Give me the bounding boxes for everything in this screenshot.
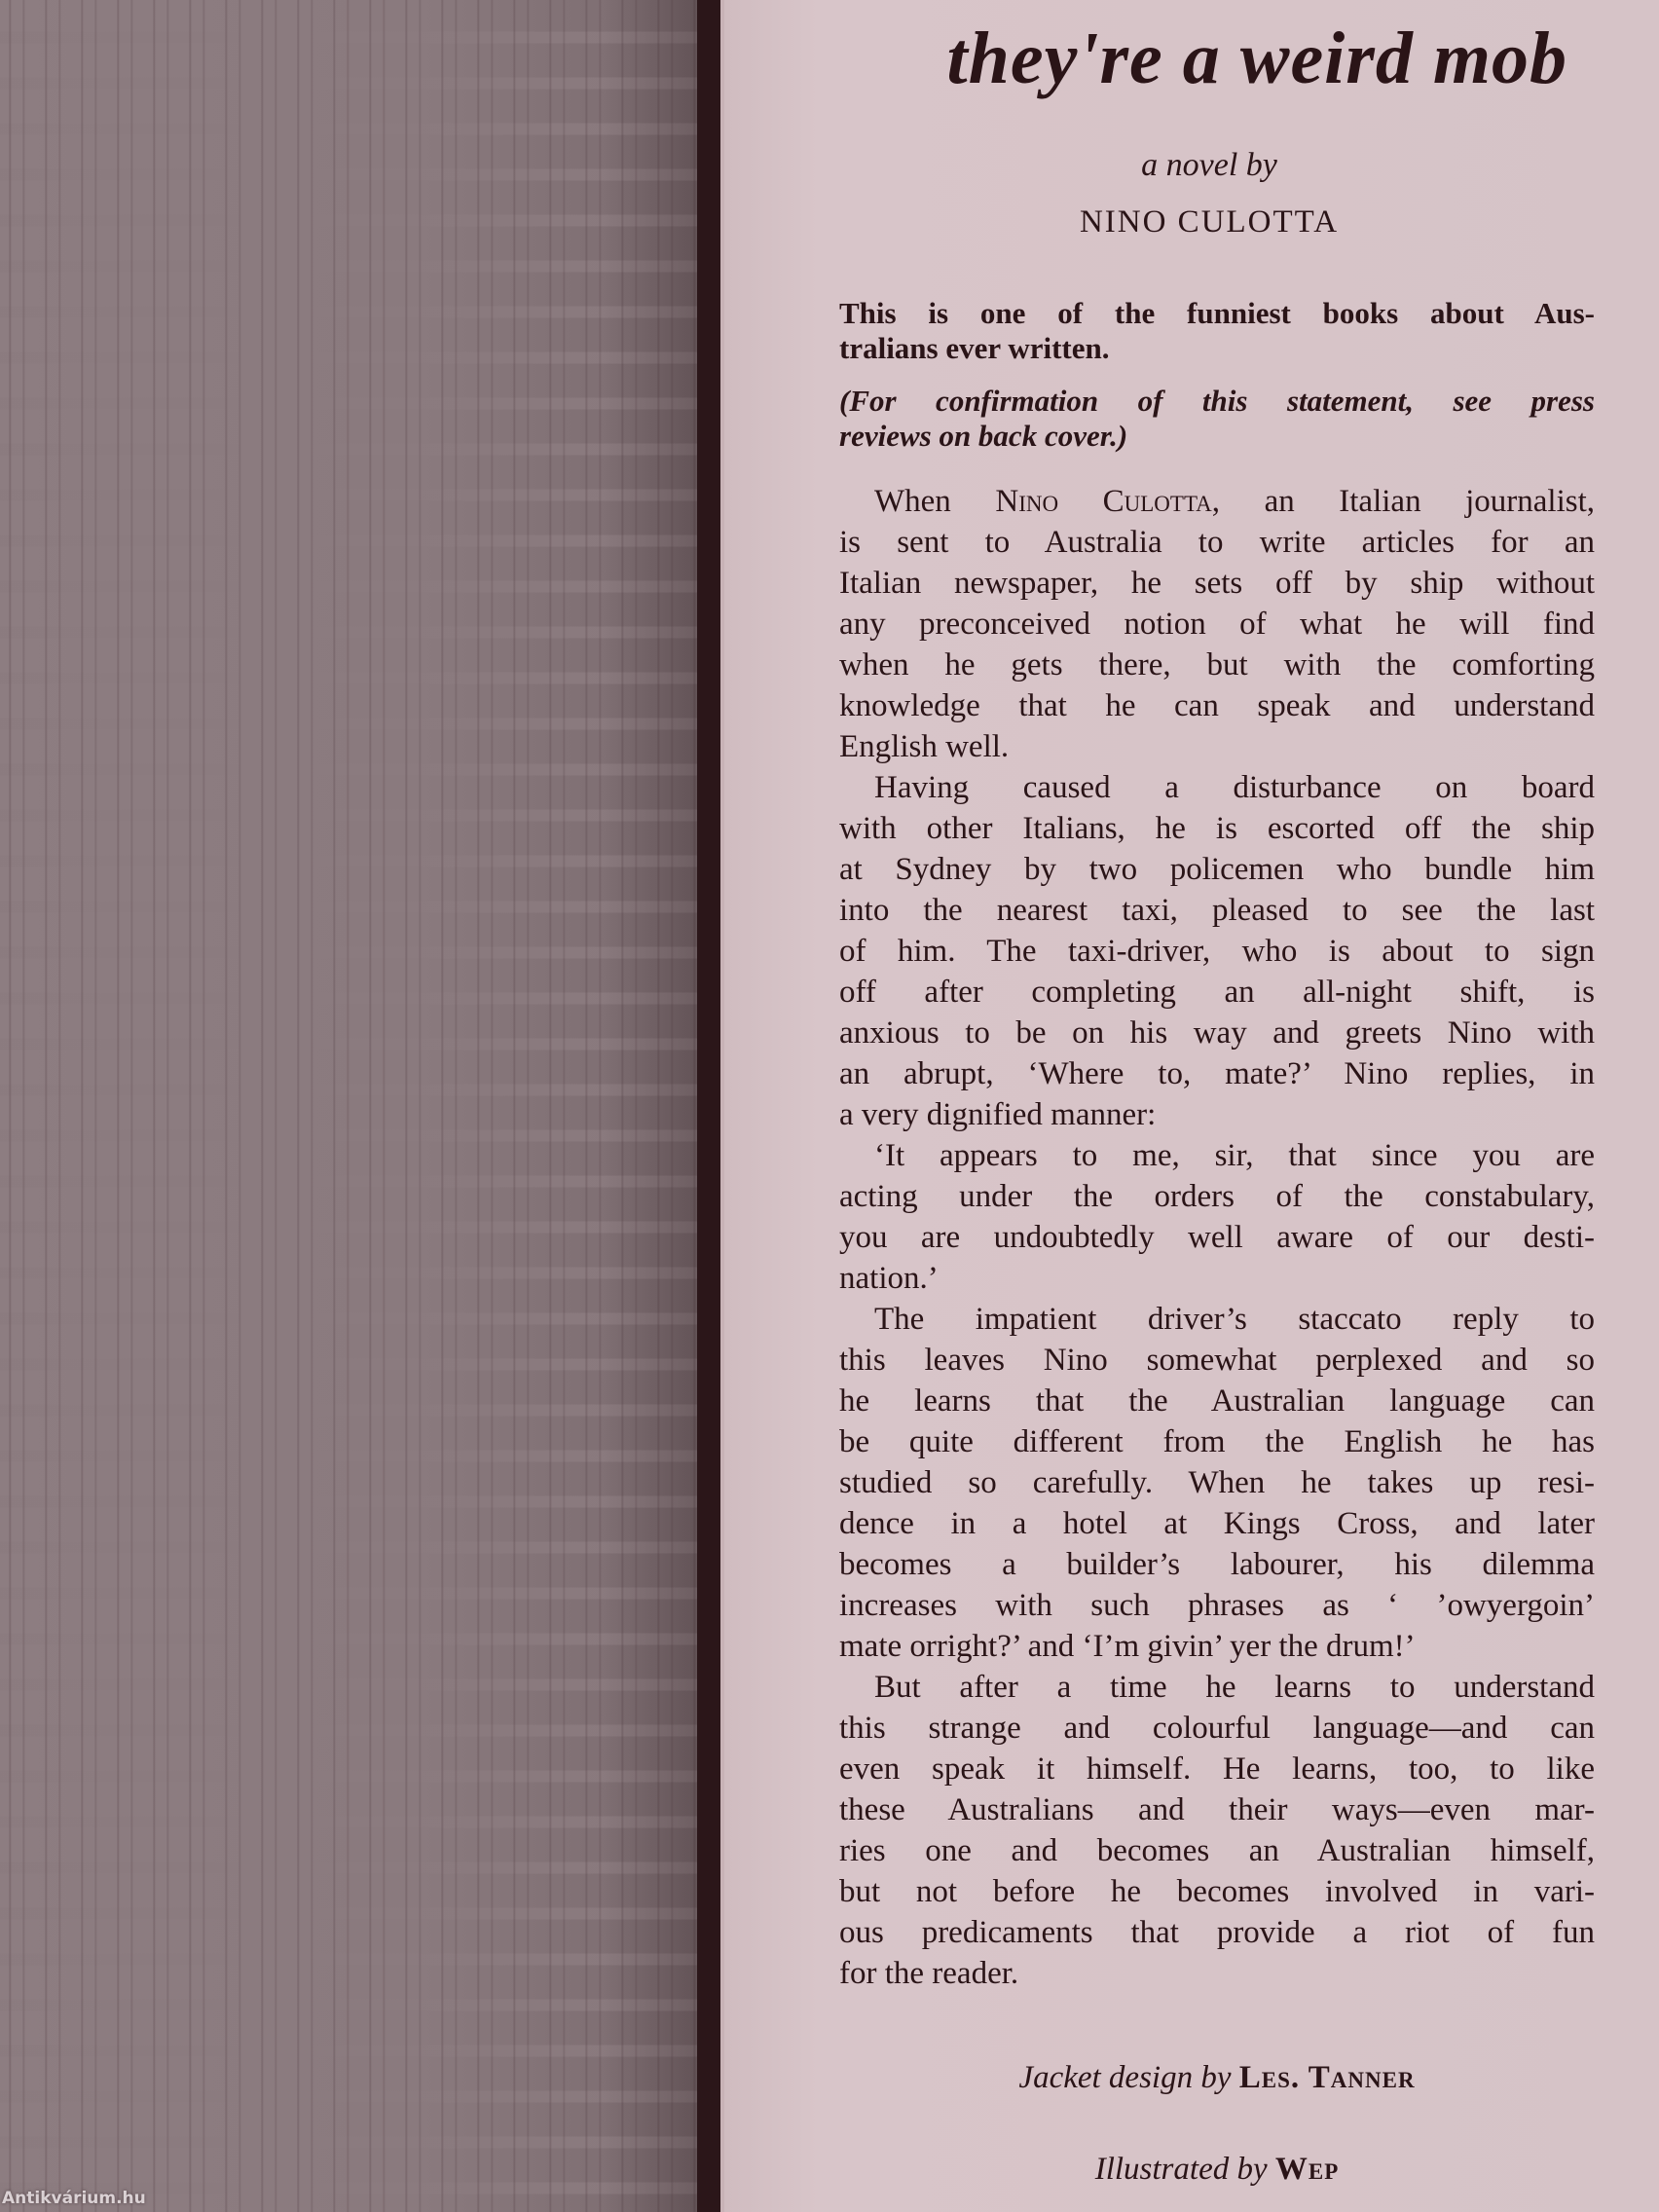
text-line: this leaves Nino somewhat perplexed and … (839, 1340, 1595, 1381)
text-line: ‘It appears to me, sir, that since you a… (839, 1135, 1595, 1176)
text-line: knowledge that he can speak and understa… (839, 685, 1595, 726)
paragraph-2: Having caused a disturbance on board wit… (839, 767, 1595, 1135)
text-line: even speak it himself. He learns, too, t… (839, 1749, 1595, 1789)
text-line: mate orright?’ and ‘I’m givin’ yer the d… (839, 1626, 1595, 1667)
text-line: off after completing an all-night shift,… (839, 972, 1595, 1013)
text-line: any preconceived notion of what he will … (839, 604, 1595, 645)
text-line: increases with such phrases as ‘ ’owyerg… (839, 1585, 1595, 1626)
text-line: Italian newspaper, he sets off by ship w… (839, 563, 1595, 604)
text-line: acting under the orders of the constabul… (839, 1176, 1595, 1217)
author-name-inline: Nino Culotta (995, 484, 1211, 519)
jacket-flap: they're a weird mob a novel by NINO CULO… (724, 0, 1659, 2212)
illustrator-credit: Illustrated by Wep (839, 2150, 1595, 2189)
paragraph-4: The impatient driver’s staccato reply to… (839, 1299, 1595, 1667)
byline: a novel by (839, 146, 1579, 185)
text-line: This is one of the funniest books about … (839, 296, 1595, 331)
text-line: ries one and becomes an Australian himse… (839, 1830, 1595, 1871)
text-line: tralians ever written. (839, 331, 1595, 366)
paragraph-1: When Nino Culotta, an Italian journalist… (839, 481, 1595, 767)
text-line: nation.’ (839, 1258, 1595, 1299)
book-title: they're a weird mob (724, 12, 1659, 105)
paragraph-3: ‘It appears to me, sir, that since you a… (839, 1135, 1595, 1299)
watermark: Antikvárium.hu (2, 2189, 146, 2208)
text-line: is sent to Australia to write articles f… (839, 522, 1595, 563)
textured-endboard (0, 0, 697, 2212)
paragraph-5: But after a time he learns to understand… (839, 1667, 1595, 1994)
confirmation-note: (For confirmation of this statement, see… (839, 384, 1595, 454)
text-line: into the nearest taxi, pleased to see th… (839, 890, 1595, 931)
text-line: an abrupt, ‘Where to, mate?’ Nino replie… (839, 1053, 1595, 1094)
text-line: when he gets there, but with the comfort… (839, 645, 1595, 685)
text-line: dence in a hotel at Kings Cross, and lat… (839, 1503, 1595, 1544)
text-line: ous predicaments that provide a riot of … (839, 1912, 1595, 1953)
text-line: for the reader. (839, 1953, 1595, 1994)
text-line: The impatient driver’s staccato reply to (839, 1299, 1595, 1340)
text-line: becomes a builder’s labourer, his dilemm… (839, 1544, 1595, 1585)
text-line: this strange and colourful language—and … (839, 1708, 1595, 1749)
intro-statement: This is one of the funniest books about … (839, 296, 1595, 366)
text-line: reviews on back cover.) (839, 419, 1595, 454)
credit-label: Jacket design by (1018, 2060, 1231, 2095)
text-line: you are undoubtedly well aware of our de… (839, 1217, 1595, 1258)
text-line: at Sydney by two policemen who bundle hi… (839, 849, 1595, 890)
spine-band (697, 0, 720, 2212)
board-shadow (604, 0, 697, 2212)
text-line: When Nino Culotta, an Italian journalist… (839, 481, 1595, 522)
text-line: But after a time he learns to understand (839, 1667, 1595, 1708)
author-name: NINO CULOTTA (839, 203, 1579, 241)
text-line: he learns that the Australian language c… (839, 1381, 1595, 1421)
text-fragment: When (874, 484, 995, 519)
text-line: these Australians and their ways—even ma… (839, 1789, 1595, 1830)
text-line: anxious to be on his way and greets Nino… (839, 1013, 1595, 1053)
credit-label: Illustrated by (1095, 2152, 1268, 2187)
text-line: of him. The taxi-driver, who is about to… (839, 931, 1595, 972)
credit-name: Wep (1275, 2152, 1339, 2187)
text-line: a very dignified manner: (839, 1094, 1595, 1135)
credit-name: Les. Tanner (1239, 2060, 1416, 2095)
text-line: with other Italians, he is escorted off … (839, 808, 1595, 849)
text-line: but not before he becomes involved in va… (839, 1871, 1595, 1912)
jacket-design-credit: Jacket design by Les. Tanner (839, 2058, 1595, 2097)
text-line: (For confirmation of this statement, see… (839, 384, 1595, 419)
text-line: studied so carefully. When he takes up r… (839, 1462, 1595, 1503)
text-line: be quite different from the English he h… (839, 1421, 1595, 1462)
text-line: English well. (839, 726, 1595, 767)
text-line: Having caused a disturbance on board (839, 767, 1595, 808)
text-fragment: , an Italian journalist, (1212, 484, 1595, 519)
